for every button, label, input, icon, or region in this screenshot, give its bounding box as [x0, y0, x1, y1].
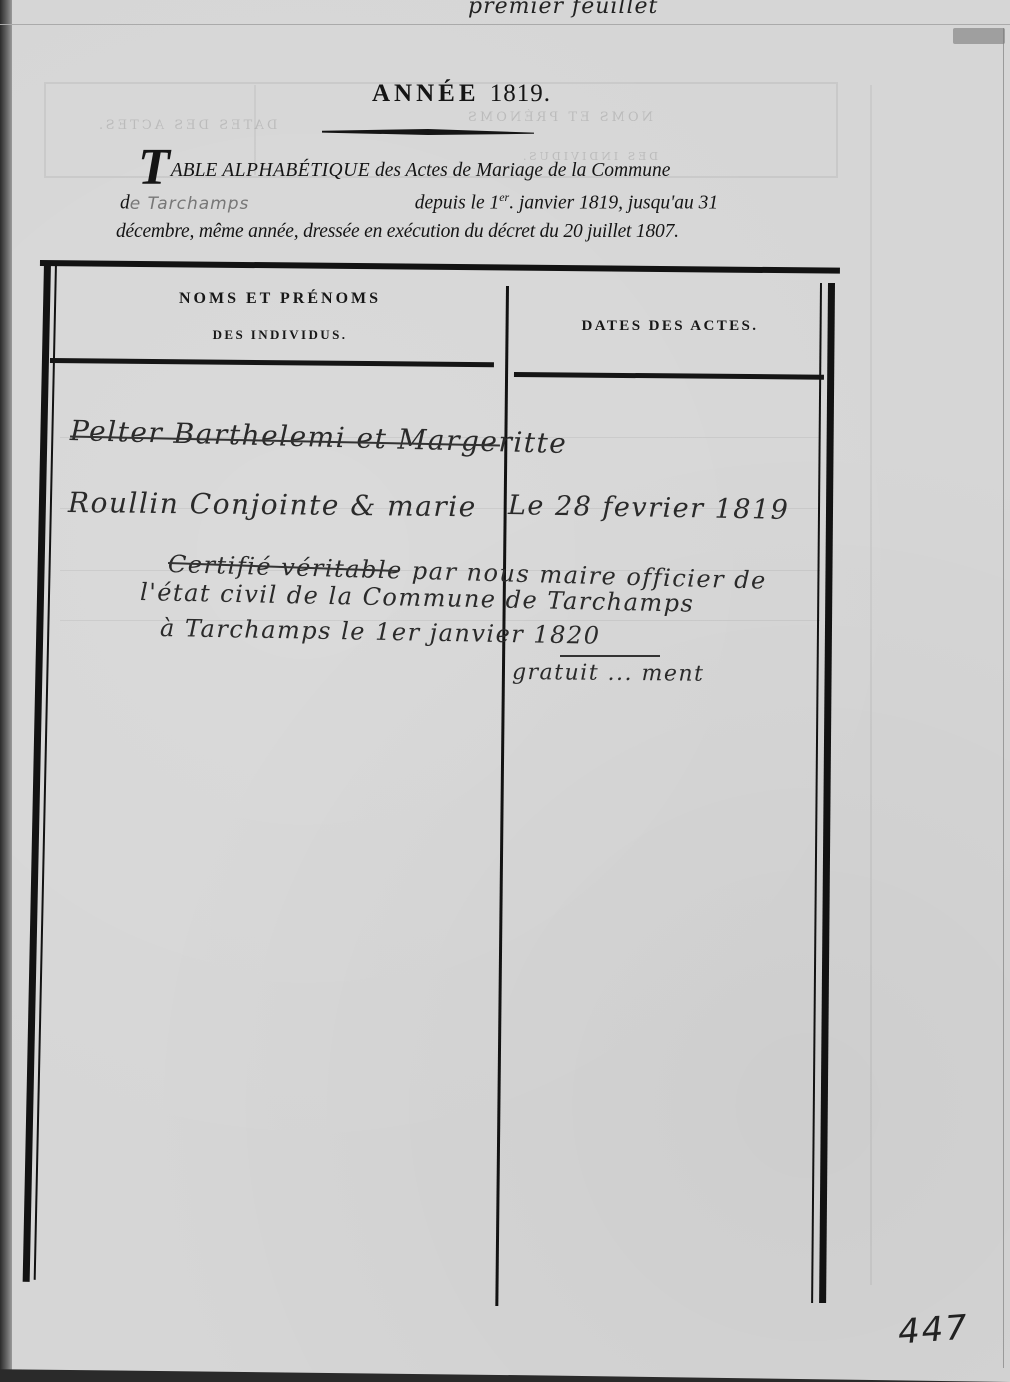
- column-header-dates: DATES DES ACTES.: [520, 318, 820, 335]
- table-frame-right: [819, 283, 835, 1303]
- bleed-through-text-left: DATES DES ACTES.: [96, 118, 277, 133]
- intro-line2-sup: er: [499, 190, 509, 204]
- certification-line4: gratuit ... ment: [512, 660, 705, 687]
- title-year: 1819.: [490, 80, 551, 107]
- page-right-edge: [1003, 28, 1004, 1368]
- corner-stain: [953, 28, 1005, 44]
- entry-names-line2: Roullin Conjointe & marie: [68, 486, 477, 523]
- underline-stroke: [560, 655, 660, 657]
- header-rule-names: [50, 358, 494, 367]
- intro-line2-prefix: d: [120, 193, 130, 214]
- header-rule-dates: [514, 372, 824, 380]
- intro-line3: décembre, même année, dressée en exécuti…: [116, 218, 840, 245]
- intro-paragraph: TABLE ALPHABÉTIQUE des Actes de Mariage …: [120, 140, 840, 245]
- commune-handwritten-field: e Tarchamps: [130, 191, 415, 218]
- intro-title-rest: ABLE: [171, 160, 218, 181]
- title-label: ANNÉE: [372, 80, 480, 107]
- bleed-through-text-right: NOMS ET PRÉNOMS: [465, 110, 653, 125]
- page-bottom-shadow: [0, 1366, 1010, 1382]
- top-handwritten-annotation: premier feuillet: [468, 0, 658, 19]
- bleed-through-rule: [870, 85, 872, 1285]
- table-frame-top: [40, 260, 840, 274]
- column-header-names: NOMS ET PRÉNOMS: [110, 290, 450, 308]
- intro-line2-b: . janvier 1819, jusqu'au 31: [509, 193, 718, 214]
- column-header-names-sub: DES INDIVIDUS.: [130, 327, 430, 343]
- folio-number: 447: [897, 1308, 971, 1353]
- entry-date: Le 28 fevrier 1819: [508, 490, 790, 526]
- dropcap: T: [138, 139, 170, 196]
- page-top-edge: [0, 24, 1010, 25]
- book-binding: [0, 0, 12, 1382]
- register-page: DATES DES ACTES. NOMS ET PRÉNOMS DES IND…: [0, 0, 1010, 1382]
- intro-smallcaps: ALPHABÉTIQUE: [222, 160, 370, 181]
- intro-line1: des Actes de Mariage de la Commune: [375, 160, 670, 181]
- intro-line2-a: depuis le 1: [415, 193, 499, 214]
- page-title: ANNÉE 1819.: [372, 80, 551, 108]
